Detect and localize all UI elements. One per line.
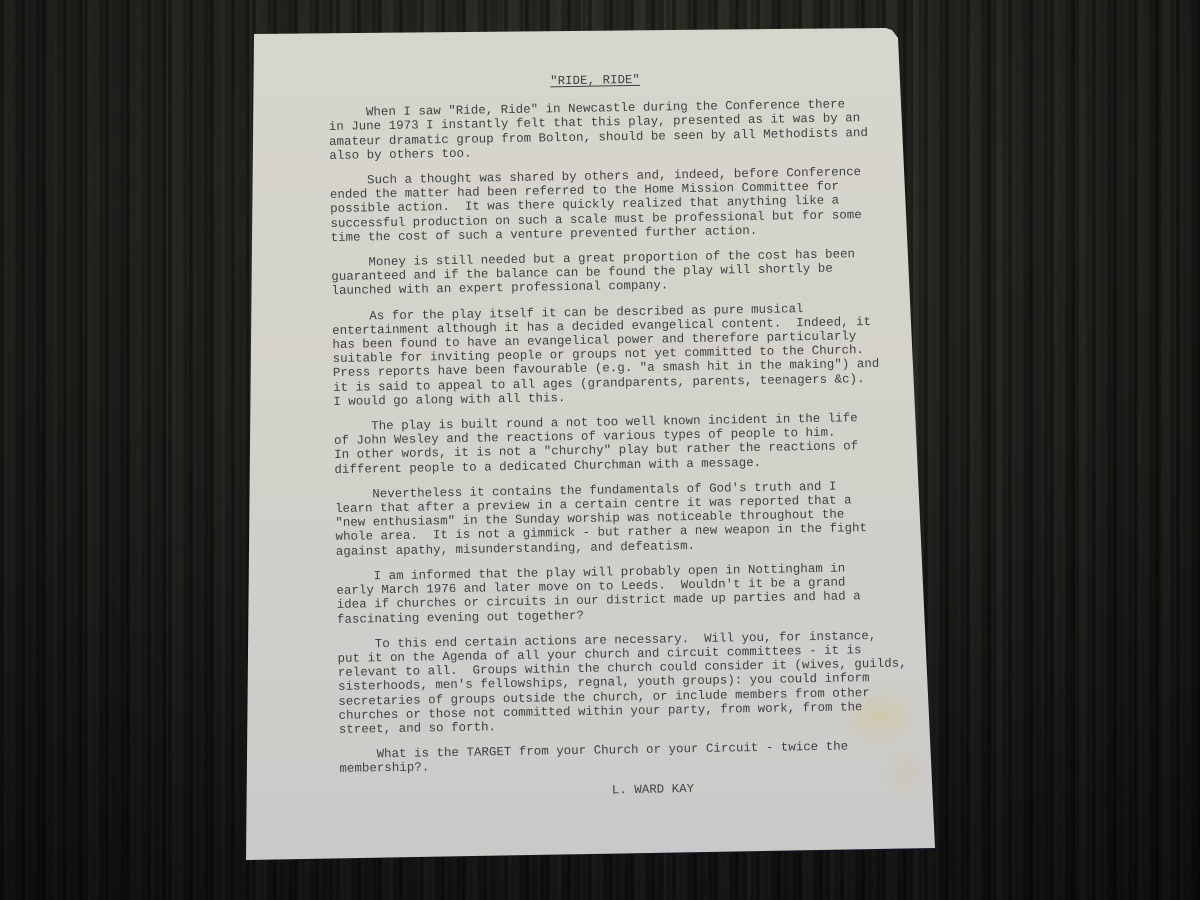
document-title-text: "RIDE, RIDE" [550,73,640,88]
paragraph: When I saw "Ride, Ride" in Newcastle dur… [328,98,849,163]
paragraph: The play is built round a not too well k… [334,411,855,476]
paragraph: To this end certain actions are necessar… [337,629,859,737]
paragraph: As for the play itself it can be describ… [332,301,854,409]
letter-content: "RIDE, RIDE" When I saw "Ride, Ride" in … [328,69,860,801]
paragraph: Nevertheless it contains the fundamental… [335,479,856,559]
letter-body: When I saw "Ride, Ride" in Newcastle dur… [328,98,859,777]
paragraph: I am informed that the play will probabl… [336,561,857,626]
paragraph: Money is still needed but a great propor… [331,247,852,298]
paragraph: Such a thought was shared by others and,… [330,165,851,245]
paragraph: What is the TARGET from your Church or y… [339,739,859,776]
